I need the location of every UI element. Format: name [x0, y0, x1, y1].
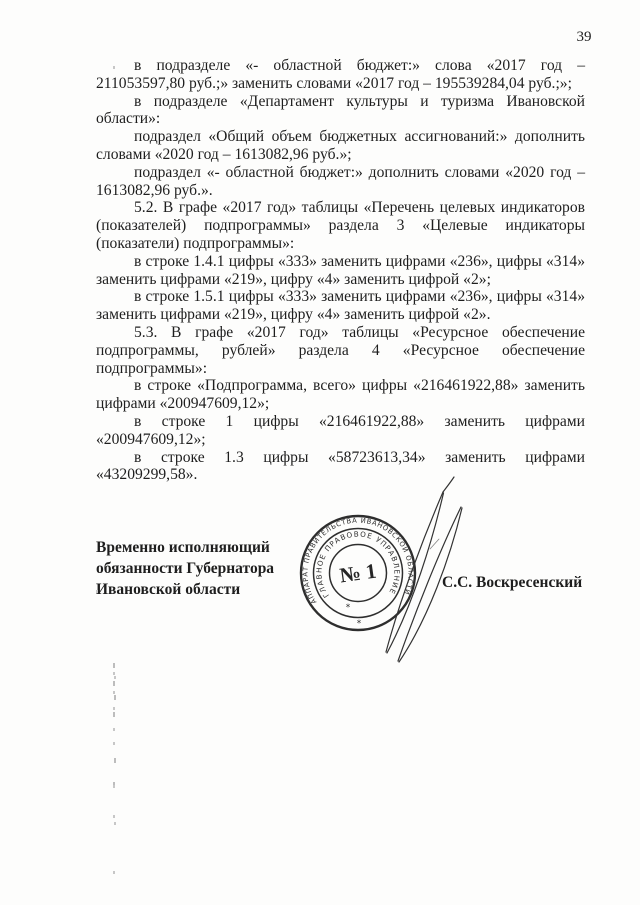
scan-speck — [113, 672, 115, 675]
paragraph: в строке 1 цифры «216461922,88» заменить… — [96, 413, 585, 449]
document-body: в подразделе «- областной бюджет:» слова… — [96, 57, 585, 484]
scan-speck — [113, 785, 115, 788]
stamp-separator-star: * — [346, 603, 351, 613]
signature-stroke — [387, 493, 444, 653]
paragraph: в строке 1.3 цифры «58723613,34» заменит… — [96, 449, 585, 485]
scan-speck — [113, 742, 115, 745]
paragraph: в подразделе «Департамент культуры и тур… — [96, 93, 585, 129]
scan-speck — [113, 681, 115, 686]
scan-speck — [113, 663, 115, 668]
scan-speck — [113, 66, 115, 69]
scan-speck — [113, 815, 115, 818]
document-page: 39 в подразделе «- областной бюджет:» сл… — [0, 0, 640, 905]
scan-speck — [96, 590, 98, 593]
signer-name: С.С. Воскресенский — [442, 574, 582, 592]
paragraph: 5.2. В графе «2017 год» таблицы «Перечен… — [96, 199, 585, 252]
paragraph: 5.3. В графе «2017 год» таблицы «Ресурсн… — [96, 324, 585, 377]
paragraph: подраздел «Общий объем бюджетных ассигно… — [96, 128, 585, 164]
scan-speck — [113, 707, 115, 710]
handwritten-signature-icon — [370, 472, 475, 672]
scan-speck — [113, 691, 115, 694]
scan-speck — [113, 728, 115, 731]
signature-stroke — [386, 492, 443, 652]
paragraph: в строке «Подпрограмма, всего» цифры «21… — [96, 377, 585, 413]
scan-speck — [113, 712, 115, 717]
scan-speck — [113, 871, 115, 874]
page-number: 39 — [569, 29, 599, 46]
scan-speck — [114, 676, 116, 679]
paragraph: в строке 1.5.1 цифры «333» заменить цифр… — [96, 288, 585, 324]
scan-speck — [114, 695, 116, 700]
paragraph: в строке 1.4.1 цифры «333» заменить цифр… — [96, 253, 585, 289]
paragraph: в подразделе «- областной бюджет:» слова… — [96, 57, 585, 93]
paragraph: подраздел «- областной бюджет:» дополнит… — [96, 164, 585, 200]
scan-speck — [114, 758, 116, 763]
scan-speck — [114, 822, 116, 825]
signature-stroke — [443, 477, 454, 492]
stamp-separator-star: * — [357, 619, 362, 629]
